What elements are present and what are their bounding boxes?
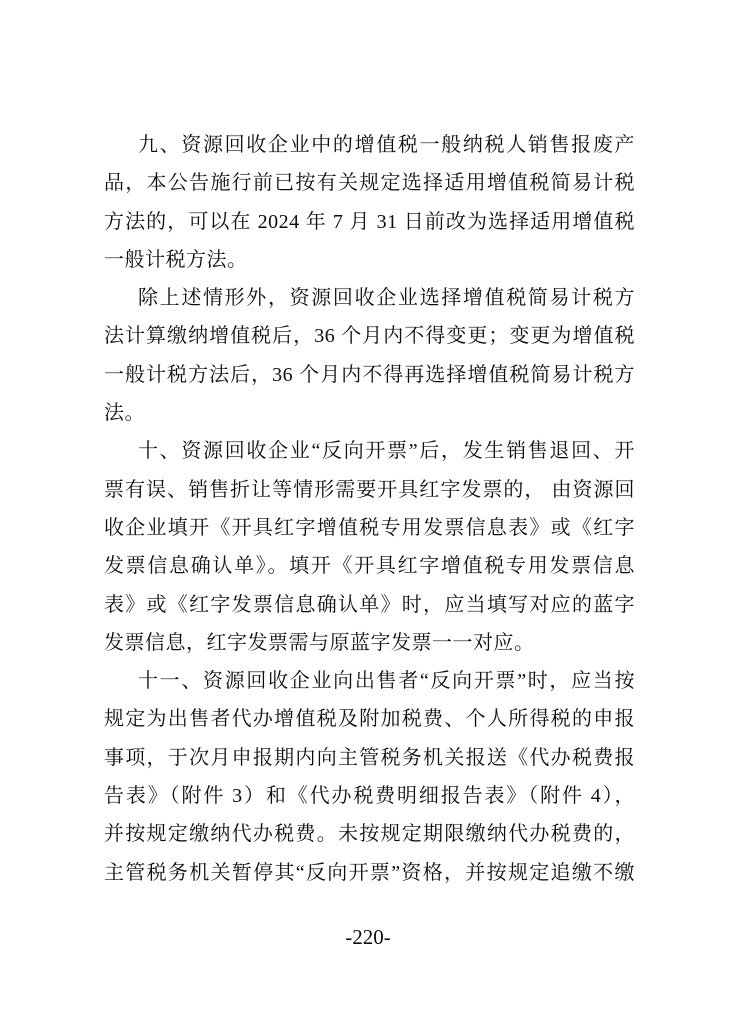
text-line: 发票信息，红字发票需与原蓝字发票一一对应。 [104,624,635,662]
text-line: 除上述情形外，资源回收企业选择增值税简易计税方 [104,279,635,317]
text-line: 一般计税方法后，36 个月内不得再选择增值税简易计税方 [104,356,635,394]
text-line: 法。 [104,394,635,432]
text-line: 法计算缴纳增值税后，36 个月内不得变更；变更为增值税 [104,317,635,355]
text-line: 收企业填开《开具红字增值税专用发票信息表》或《红字 [104,509,635,547]
paragraph: 九、资源回收企业中的增值税一般纳税人销售报废产品，本公告施行前已按有关规定选择适… [104,126,635,279]
text-line: 方法的，可以在 2024 年 7 月 31 日前改为选择适用增值税 [104,203,635,241]
text-line: 告表》（附件 3）和《代办税费明细报告表》（附件 4）， [104,777,635,815]
document-page: 九、资源回收企业中的增值税一般纳税人销售报废产品，本公告施行前已按有关规定选择适… [0,0,736,1009]
text-line: 品，本公告施行前已按有关规定选择适用增值税简易计税 [104,164,635,202]
text-line: 主管税务机关暂停其“反向开票”资格，并按规定追缴不缴 [104,854,635,892]
text-line: 并按规定缴纳代办税费。未按规定期限缴纳代办税费的， [104,815,635,853]
text-line: 表》或《红字发票信息确认单》时，应当填写对应的蓝字 [104,586,635,624]
paragraph: 除上述情形外，资源回收企业选择增值税简易计税方法计算缴纳增值税后，36 个月内不… [104,279,635,432]
text-line: 规定为出售者代办增值税及附加税费、个人所得税的申报 [104,700,635,738]
paragraph: 十、资源回收企业“反向开票”后，发生销售退回、开票有误、销售折让等情形需要开具红… [104,432,635,662]
text-line: 九、资源回收企业中的增值税一般纳税人销售报废产 [104,126,635,164]
paragraph: 十一、资源回收企业向出售者“反向开票”时，应当按规定为出售者代办增值税及附加税费… [104,662,635,892]
text-line: 事项，于次月申报期内向主管税务机关报送《代办税费报 [104,739,635,777]
text-line: 票有误、销售折让等情形需要开具红字发票的， 由资源回 [104,471,635,509]
page-number: -220- [0,924,736,950]
document-body: 九、资源回收企业中的增值税一般纳税人销售报废产品，本公告施行前已按有关规定选择适… [104,126,635,892]
text-line: 发票信息确认单》。填开《开具红字增值税专用发票信息 [104,547,635,585]
text-line: 十、资源回收企业“反向开票”后，发生销售退回、开 [104,432,635,470]
text-line: 十一、资源回收企业向出售者“反向开票”时，应当按 [104,662,635,700]
text-line: 一般计税方法。 [104,241,635,279]
